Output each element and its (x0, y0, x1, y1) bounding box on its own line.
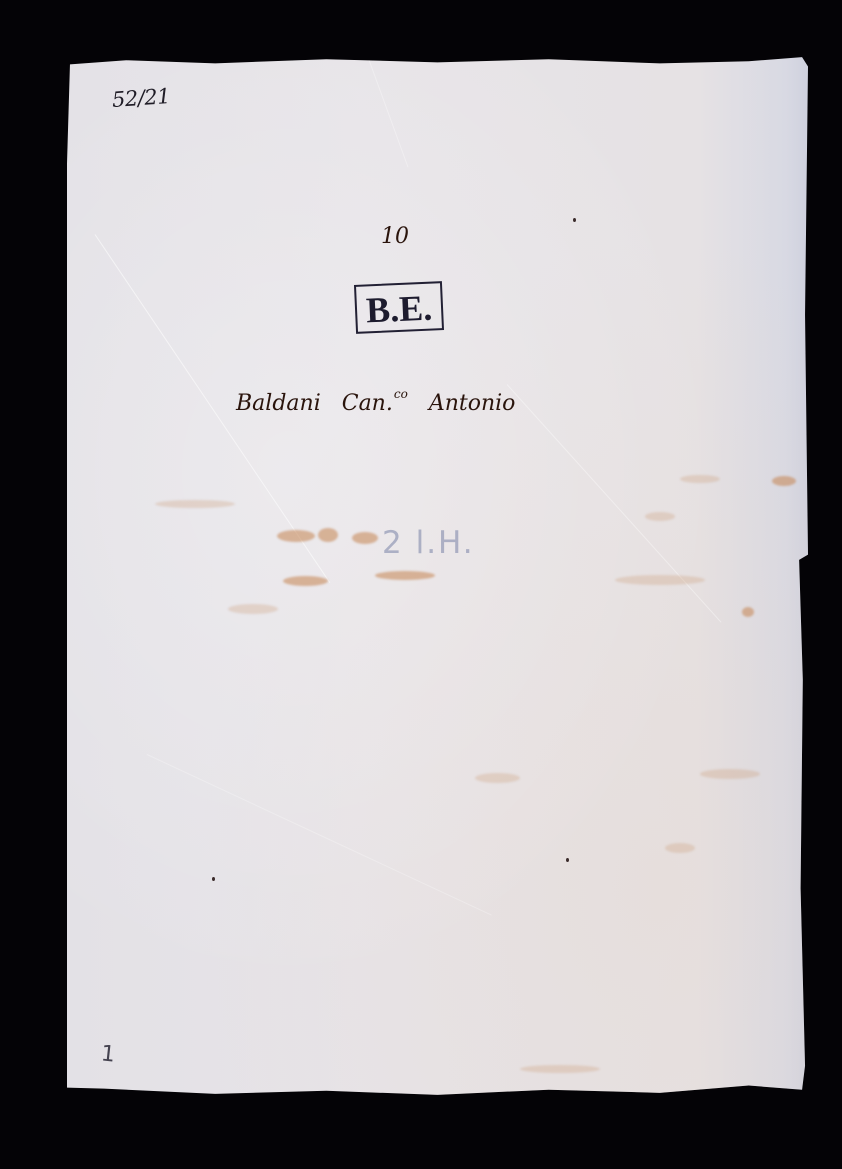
title-superscript: co (394, 387, 408, 401)
stamp-text: B.E. (365, 289, 433, 328)
library-stamp: B.E. (354, 281, 444, 334)
paper-crease (147, 754, 492, 916)
ink-speck (566, 858, 569, 862)
ink-speck (212, 877, 215, 881)
folio-number: 1 (100, 1041, 117, 1067)
item-number: 10 (381, 224, 409, 249)
shelf-mark: 52/21 (111, 84, 171, 112)
paper-crease (507, 384, 722, 622)
paper-crease (367, 54, 409, 167)
name-inscription: Baldani Can.co Antonio (236, 387, 515, 416)
title-abbreviation: Can.co (342, 391, 408, 416)
manuscript-page (67, 54, 808, 1097)
given-name: Antonio (429, 391, 516, 416)
surname: Baldani (236, 391, 321, 416)
pencil-note: 2 l.H. (382, 525, 475, 561)
ink-speck (573, 218, 576, 222)
